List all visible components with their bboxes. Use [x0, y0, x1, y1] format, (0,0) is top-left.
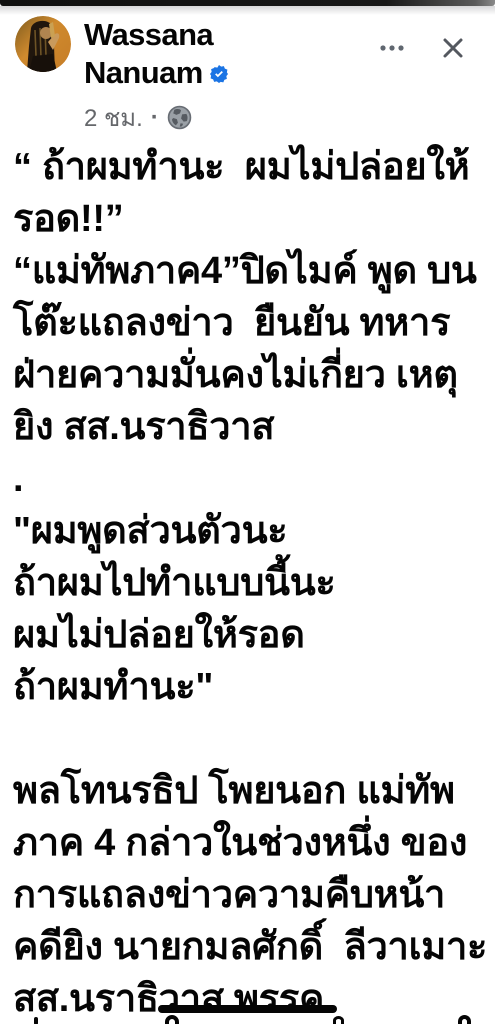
post-header: Wassana Nanuam 2 ชม. · [15, 16, 483, 137]
post-line: ถ้าผมทำนะ" [13, 661, 493, 713]
avatar[interactable] [15, 16, 71, 72]
timestamp[interactable]: 2 ชม. [84, 98, 143, 137]
post-line: พลโทนรธิป โพยนอก แม่ทัพ [13, 765, 493, 817]
author-name[interactable]: Wassana Nanuam [84, 16, 289, 92]
post-text: “ ถ้าผมทำนะ ผมไม่ปล่อยให้รอด!!”“แม่ทัพภา… [13, 141, 493, 1024]
post-line: “ ถ้าผมทำนะ ผมไม่ปล่อยให้ [13, 141, 493, 193]
clipped-glyph-fragment [165, 1015, 179, 1024]
globe-public-icon [167, 105, 192, 130]
post-line: . [13, 453, 493, 505]
post-line: รอด!!” [13, 193, 493, 245]
post-line [13, 713, 493, 765]
meta-separator: · [151, 104, 159, 132]
author-block: Wassana Nanuam 2 ชม. · [84, 16, 289, 137]
post-line: สส.นราธิวาส พรรค [13, 973, 493, 1024]
post-meta: 2 ชม. · [84, 98, 289, 137]
clipped-glyph-fragment [333, 1016, 344, 1024]
post-line: "ผมพูดส่วนตัวนะ [13, 505, 493, 557]
author-name-text: Wassana Nanuam [84, 17, 213, 90]
header-actions [377, 34, 467, 62]
post-line: ถ้าผมไปทำแบบนี้นะ [13, 557, 493, 609]
post-line: ผมไม่ปล่อยให้รอด [13, 609, 493, 661]
close-icon [441, 36, 465, 60]
post-line: “แม่ทัพภาค4”ปิดไมค์ พูด บน [13, 245, 493, 297]
thick-underline-bar [158, 1005, 337, 1013]
clipped-glyph-fragment [458, 1015, 471, 1024]
post-line: โต๊ะแถลงข่าว ยืนยัน ทหาร [13, 297, 493, 349]
close-button[interactable] [439, 34, 467, 62]
more-options-button[interactable] [377, 41, 407, 55]
more-options-icon [379, 43, 405, 53]
post-line: ฝ่ายความมั่นคงไม่เกี่ยว เหตุ [13, 349, 493, 401]
post-line: ภาค 4 กล่าวในช่วงหนึ่ง ของ [13, 817, 493, 869]
verified-badge-icon [210, 54, 228, 72]
clipped-glyph-fragment [34, 1017, 38, 1024]
facebook-post-viewer: Wassana Nanuam 2 ชม. · [0, 0, 495, 1024]
post-line: การแถลงข่าวความคืบหน้า [13, 869, 493, 921]
post-line: คดียิง นายกมลศักดิ์ ลีวาเมาะ [13, 921, 493, 973]
top-shadow-fade [0, 6, 495, 15]
post-line: ยิง สส.นราธิวาส [13, 401, 493, 453]
